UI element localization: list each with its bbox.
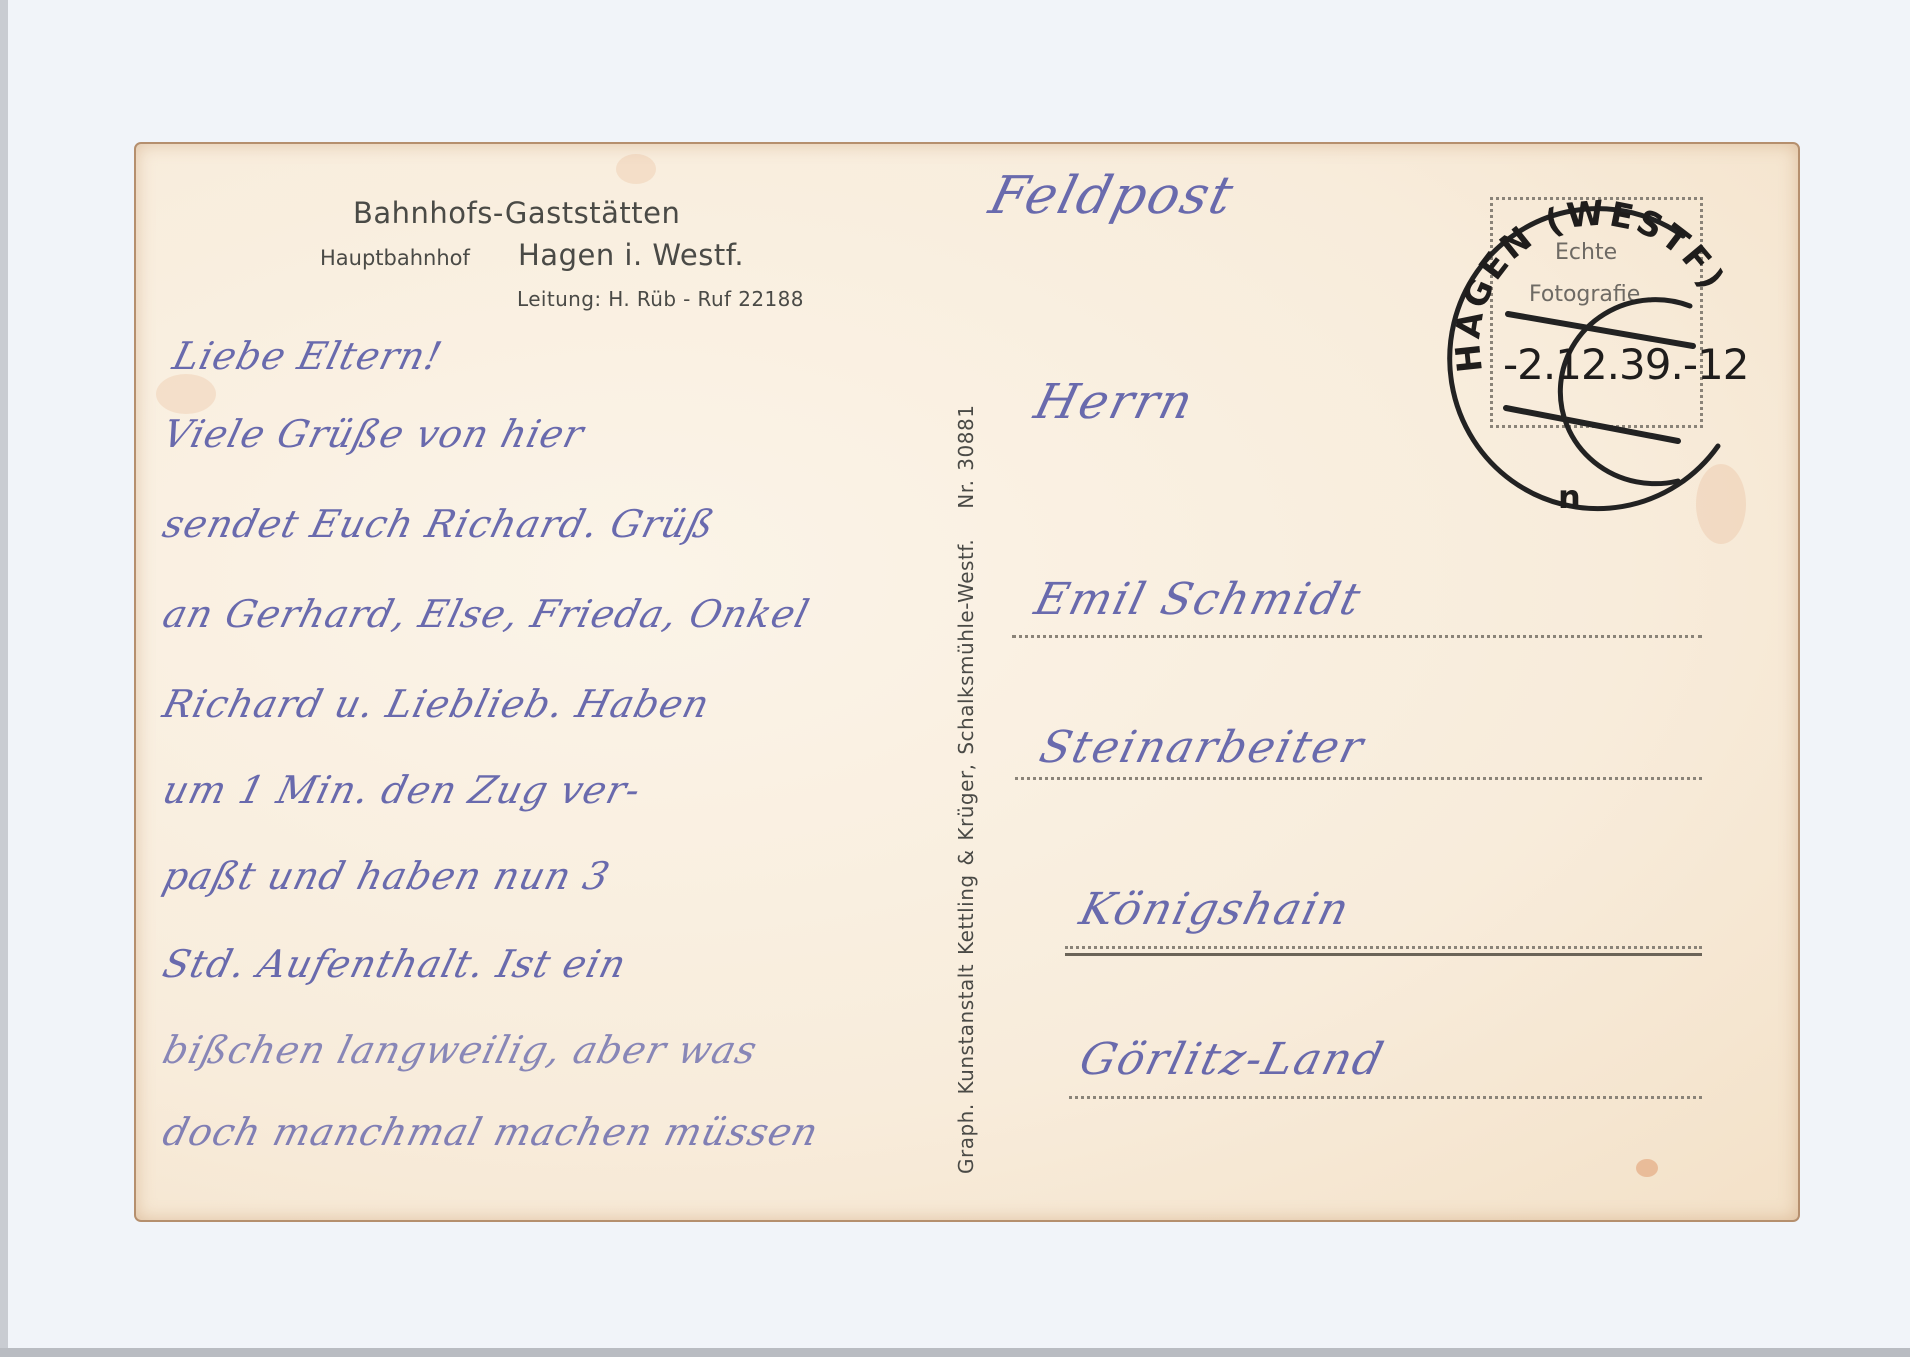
message-line: doch manchmal machen müssen: [159, 1110, 824, 1154]
message-line: bißchen langweilig, aber was: [159, 1028, 763, 1072]
address-salutation: Herrn: [1029, 374, 1200, 430]
header-location: Hagen i. Westf.: [518, 238, 744, 272]
message-line: paßt und haben nun 3: [159, 854, 615, 898]
publisher-imprint: Graph. Kunstanstalt Kettling & Krüger, S…: [954, 405, 978, 1174]
address-name: Emil Schmidt: [1030, 574, 1367, 625]
message-line: Liebe Eltern!: [169, 334, 447, 378]
message-line: Std. Aufenthalt. Ist ein: [159, 942, 632, 986]
message-line: Richard u. Lieblieb. Haben: [159, 682, 715, 726]
foxing-stain: [1636, 1159, 1658, 1177]
message-line: um 1 Min. den Zug ver-: [159, 768, 646, 812]
postcard: Bahnhofs-Gaststätten Hauptbahnhof Hagen …: [134, 142, 1800, 1222]
address-district: Görlitz-Land: [1075, 1034, 1390, 1085]
header-location-prefix: Hauptbahnhof: [320, 246, 470, 270]
address-rule: [1069, 1096, 1702, 1099]
header-title: Bahnhofs-Gaststätten: [353, 196, 680, 230]
message-line: an Gerhard, Else, Frieda, Onkel: [159, 592, 815, 636]
foxing-stain: [156, 374, 216, 414]
address-town: Königshain: [1075, 884, 1356, 935]
message-line: sendet Euch Richard. Grüß: [159, 502, 720, 546]
message-line: Viele Grüße von hier: [159, 412, 589, 456]
feldpost-mark: Feldpost: [984, 166, 1241, 226]
postmark-date: -2.12.39.-12: [1503, 340, 1748, 389]
address-occupation: Steinarbeiter: [1035, 722, 1370, 773]
postmark: HAGEN (WESTF) -2.12.39.-12 n: [1428, 196, 1748, 531]
foxing-stain: [616, 154, 656, 184]
header-management: Leitung: H. Rüb - Ruf 22188: [517, 287, 804, 311]
address-rule: [1015, 777, 1702, 780]
address-rule: [1012, 635, 1702, 638]
scan-edge-bottom: [0, 1348, 1910, 1357]
imprint-number: Nr. 30881: [954, 405, 978, 509]
postmark-code: n: [1558, 478, 1581, 516]
imprint-publisher: Graph. Kunstanstalt Kettling & Krüger, S…: [954, 539, 978, 1174]
scan-edge-left: [0, 0, 8, 1357]
address-town-underline: [1065, 953, 1702, 956]
address-rule: [1065, 946, 1702, 949]
